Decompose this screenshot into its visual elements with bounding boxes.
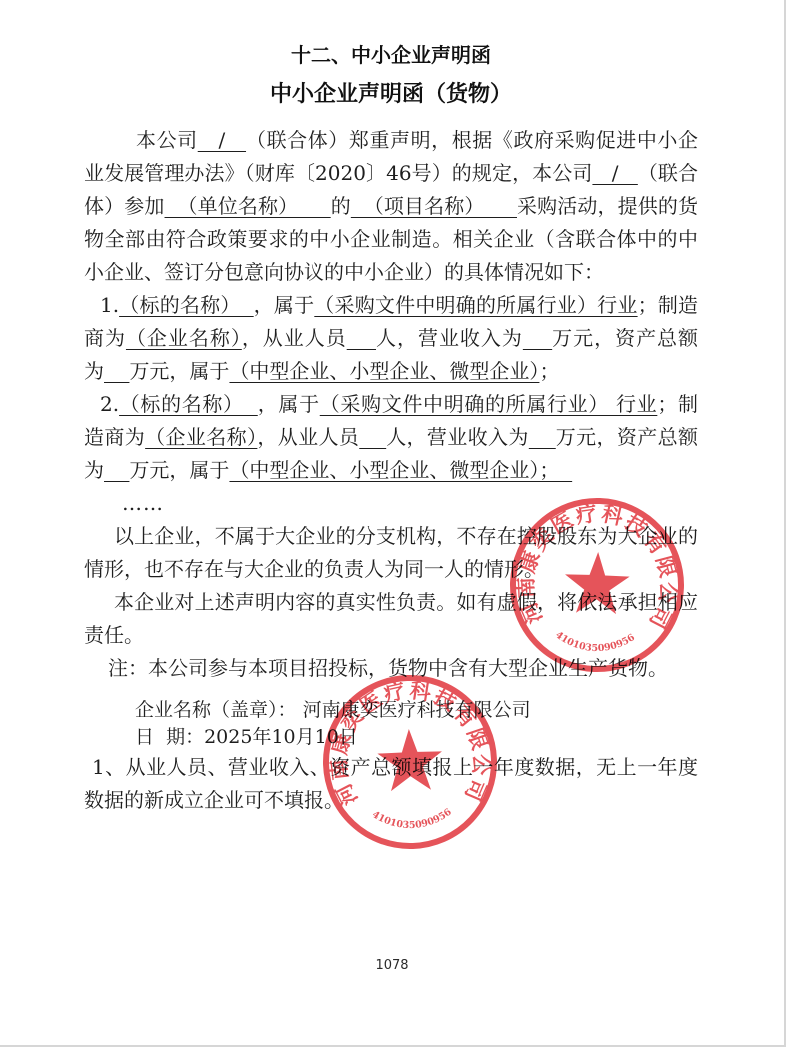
- seal-number-text: 4101035090956: [370, 806, 455, 832]
- page-number: 1078: [0, 958, 784, 973]
- company-seal-1: 河南康奕医疗科技有限公司 4101035090956: [504, 492, 690, 678]
- seal-number-text: 4101035090956: [553, 629, 638, 655]
- paragraph-declaration: 本公司 / （联合体）郑重声明，根据《政府采购促进中小企业发展管理办法》（财库〔…: [84, 124, 698, 289]
- paragraph-item-2: 2.（标的名称） ，属于（采购文件中明确的所属行业） 行业；制造商为（企业名称）…: [84, 388, 698, 487]
- company-seal-2: 河南康奕医疗科技有限公司 4101035090956: [317, 669, 503, 855]
- document-page: 十二、中小企业声明函 中小企业声明函（货物） 本公司 / （联合体）郑重声明，根…: [0, 0, 786, 1047]
- seal-star-icon: [377, 728, 444, 792]
- document-title: 中小企业声明函（货物）: [84, 80, 698, 108]
- section-title: 十二、中小企业声明函: [84, 42, 698, 68]
- seal-star-icon: [564, 551, 631, 615]
- paragraph-item-1: 1.（标的名称） ，属于（采购文件中明确的所属行业）行业；制造商为（企业名称），…: [84, 289, 698, 388]
- company-label: 企业名称（盖章）：: [135, 699, 297, 721]
- date-label: 日 期：: [135, 726, 204, 748]
